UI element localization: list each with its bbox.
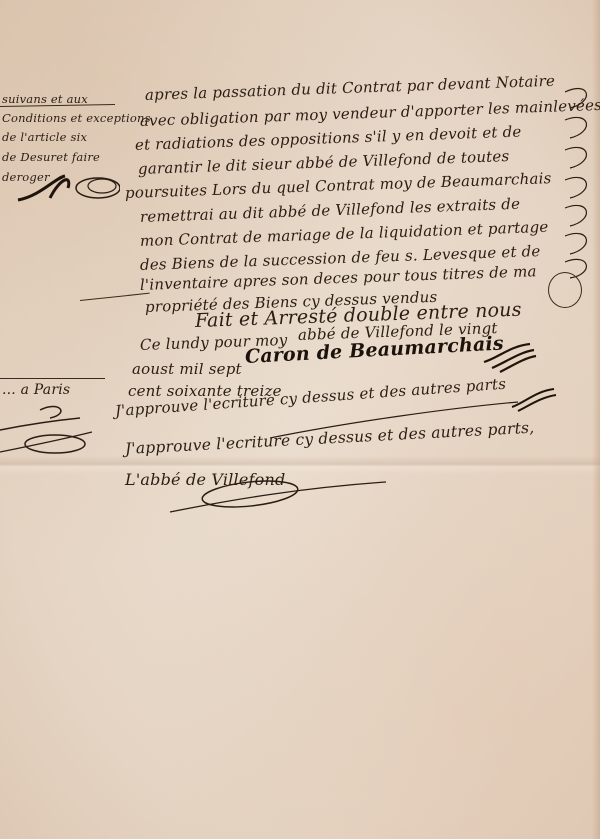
margin-note-line: de l'article six — [2, 130, 87, 144]
circle-flourish-icon — [548, 272, 582, 308]
paris-paraph-flourish-icon — [0, 400, 110, 460]
margin-note-line: de Desuret faire — [2, 150, 100, 164]
manuscript-page: suivans et aux Conditions et exceptions … — [0, 0, 600, 839]
margin-rule — [0, 378, 105, 379]
villefond-paraph-icon — [160, 470, 390, 520]
signature-paraph-icon — [480, 340, 540, 374]
paraph-flourish-icon — [10, 168, 120, 208]
line-end-flourishes-icon — [560, 80, 600, 280]
paris-note-text: ... a Paris — [2, 382, 70, 398]
closing-date-line: aoust mil sept — [132, 360, 242, 378]
margin-note-line: Conditions et exceptions — [2, 111, 151, 125]
line-filler-stroke — [80, 293, 150, 301]
